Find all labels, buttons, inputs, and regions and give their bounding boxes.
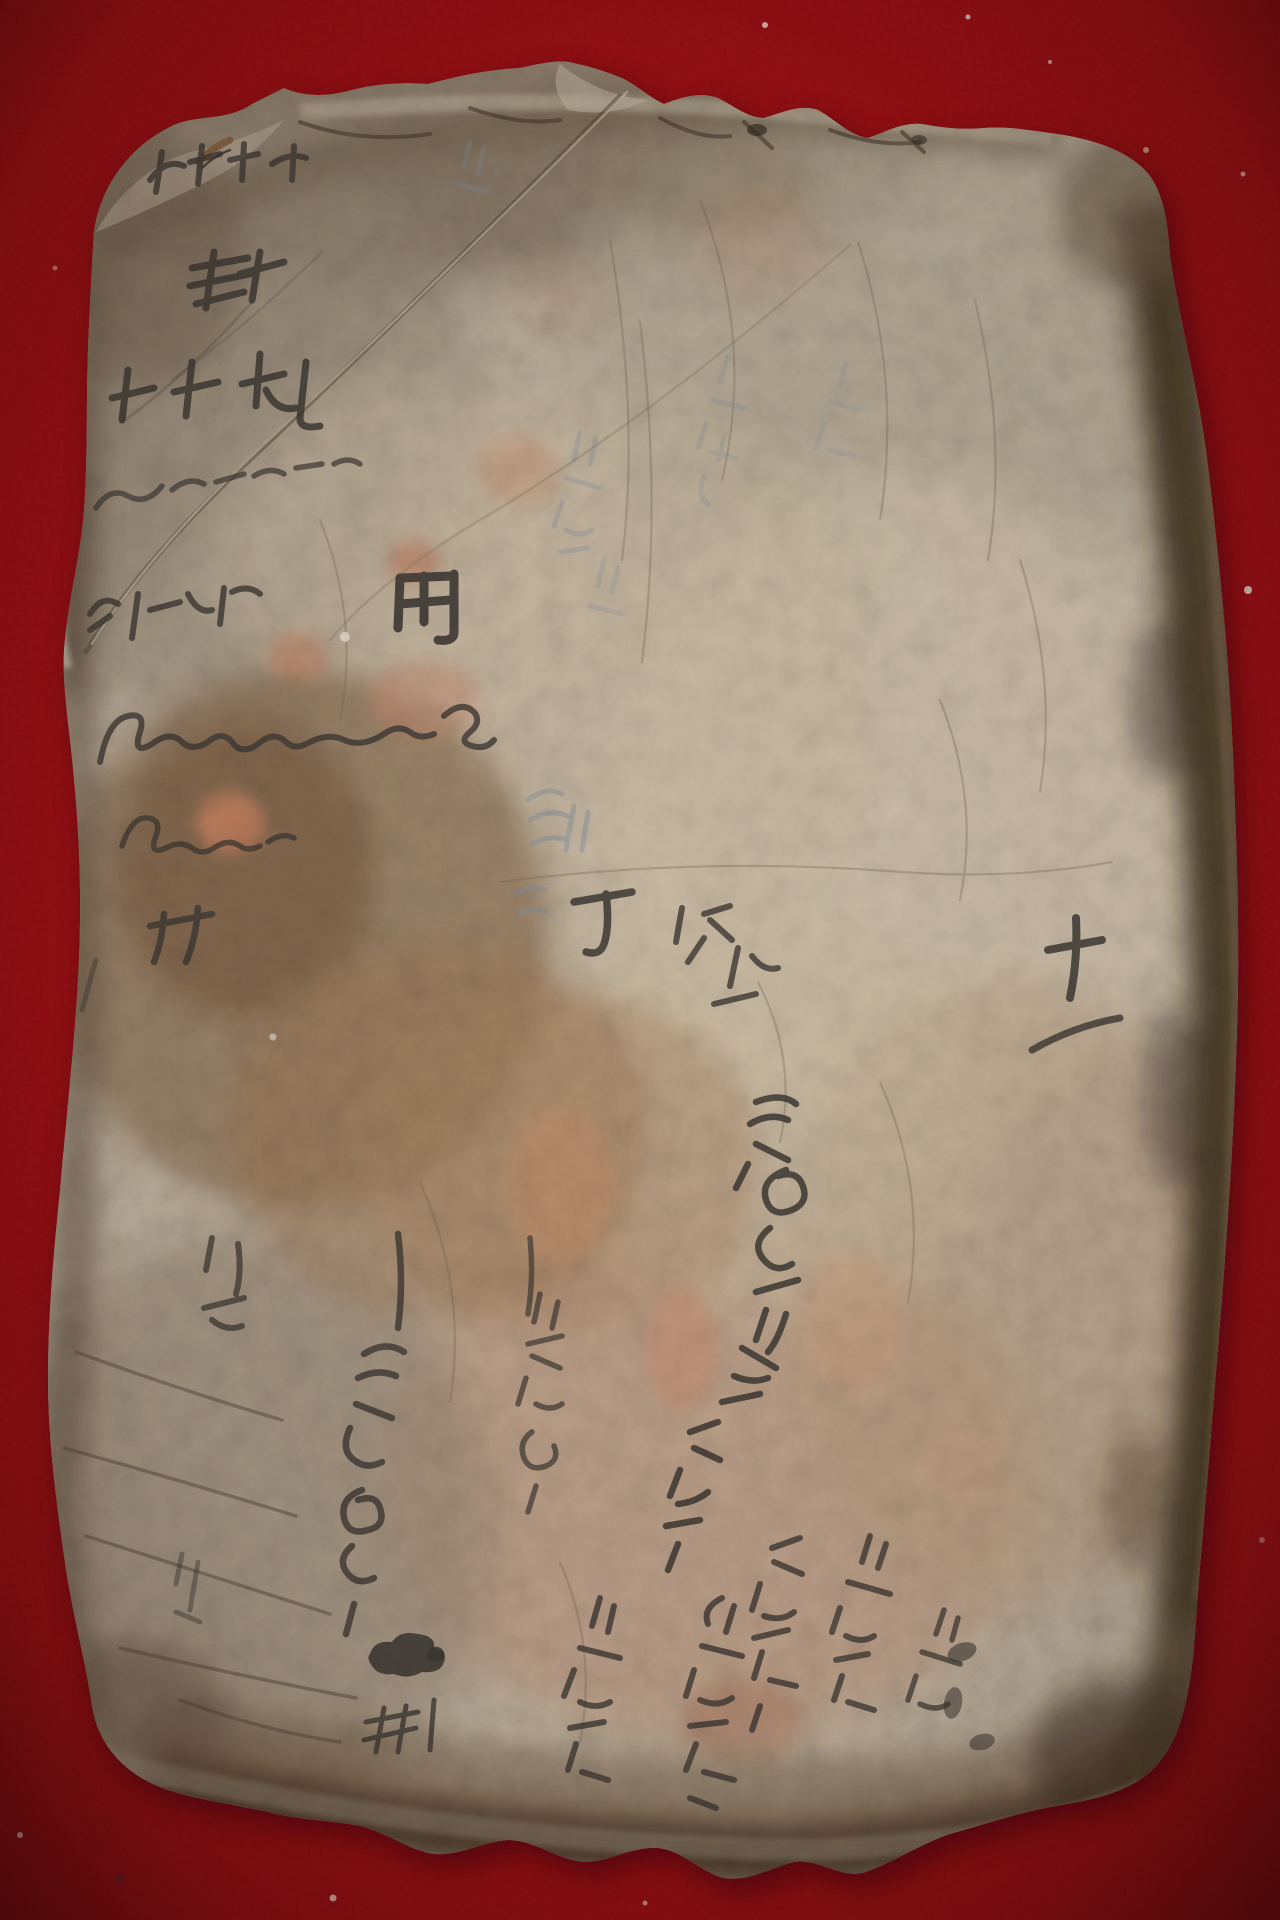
photo-canvas (0, 0, 1280, 1920)
vignette (0, 0, 1280, 1920)
photo-of-antique-book-cover: Old hand-bound book cover with ink inscr… (0, 0, 1280, 1920)
